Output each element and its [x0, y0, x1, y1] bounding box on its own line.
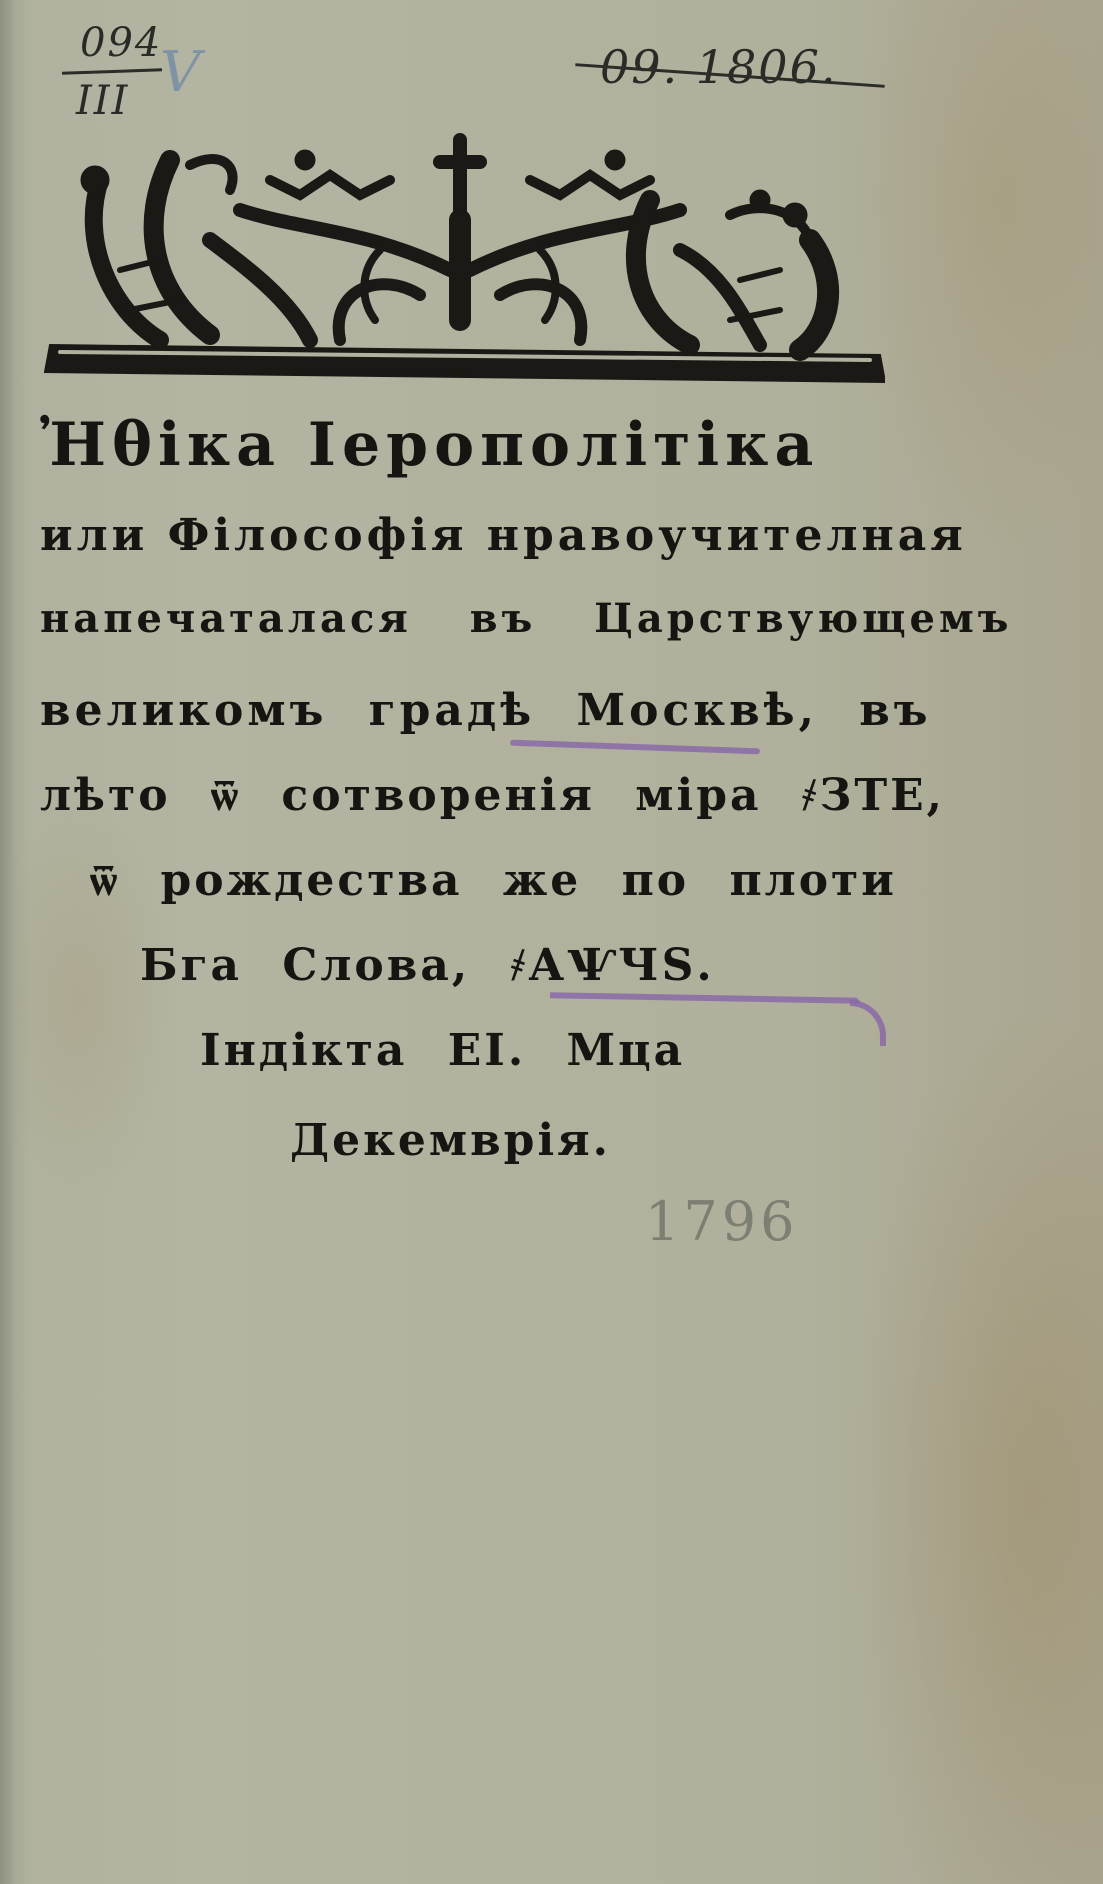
pencil-year-note: 1796: [645, 1190, 798, 1253]
document-page: 094 III V 09. 1806.: [0, 0, 1103, 1884]
shelfmark-top: 094: [80, 20, 162, 66]
title-line-9: Декемврія.: [290, 1115, 611, 1166]
purple-underline-moscow: [510, 740, 760, 755]
title-line-6: ѿ рождества же по плоти: [90, 855, 897, 906]
shelfmark-bottom: III: [76, 78, 129, 124]
woodcut-headpiece-ornament-icon: [40, 120, 885, 390]
title-line-4: великомъ градѣ Москвѣ, въ: [40, 685, 932, 736]
page-spine-edge: [0, 0, 14, 1884]
title-line-7: Бга Слова, ҂АѰЧЅ.: [140, 940, 715, 991]
shelfmark-divider: [62, 68, 162, 74]
purple-underline-year: [550, 992, 860, 1003]
title-line-5: лѣто ѿ сотворенія міра ҂ЗТЕ,: [40, 770, 945, 821]
title-line-2: или Філософія нравоучителная: [40, 510, 967, 561]
purple-underline-year-tail: [850, 1000, 886, 1046]
check-mark-icon: V: [160, 40, 200, 105]
title-line-1: Ἠθіка Іерополітіка: [40, 410, 819, 480]
title-line-3: напечаталася въ Царствующемъ: [40, 595, 1012, 642]
title-line-8: Індікта ЕІ. Мца: [200, 1025, 685, 1076]
